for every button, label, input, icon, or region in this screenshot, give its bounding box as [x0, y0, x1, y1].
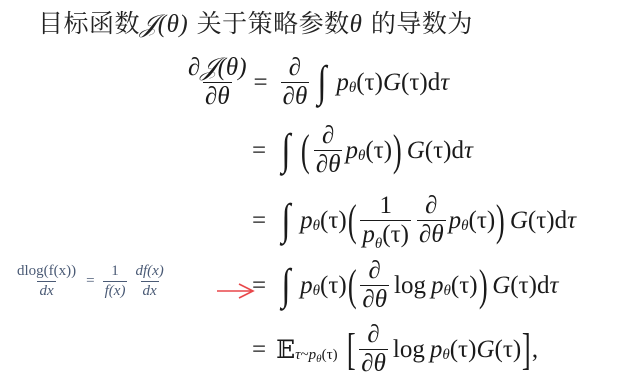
expectation-symbol: 𝔼 — [276, 335, 295, 365]
equals-sign: = — [254, 69, 268, 97]
partial-operator: ∂ ∂θ — [281, 55, 310, 111]
lhs-fraction: ∂𝒥(θ) ∂θ — [186, 55, 249, 111]
integral-sign: ∫ — [282, 198, 291, 242]
partial-operator: ∂ ∂θ — [417, 193, 446, 249]
partial-operator: ∂ ∂θ — [360, 258, 389, 314]
equation-line-1: ∂𝒥(θ) ∂θ = ∂ ∂θ ∫ pθ(τ)G(τ)dτ — [183, 55, 449, 111]
integral-sign: ∫ — [282, 263, 291, 307]
heading-text: 目标函数𝒥(θ) 关于策略参数θ 的导数为 — [38, 4, 473, 40]
log-derivative-annotation: dlog(f(x)) dx = 1 f(x) df(x) dx — [12, 263, 169, 301]
equation-line-4: = ∫ pθ(τ) ( ∂ ∂θ logpθ(τ) ) G(τ)dτ — [250, 258, 558, 314]
reciprocal-fraction: 1 pθ(τ) — [360, 193, 411, 249]
partial-operator: ∂ ∂θ — [359, 322, 388, 378]
objective-symbol: 𝒥(θ) — [140, 11, 188, 38]
equation-line-2: = ∫ ( ∂ ∂θ pθ(τ) ) G(τ)dτ — [250, 123, 473, 179]
equation-line-5: = 𝔼 τ~pθ(τ) [ ∂ ∂θ logpθ(τ)G(τ) ], — [250, 322, 538, 378]
equals-sign: = — [252, 272, 266, 300]
equals-sign: = — [252, 137, 266, 165]
title-prefix: 目标函数 — [38, 9, 140, 38]
title-suffix: 的导数为 — [371, 9, 473, 38]
title-middle: 关于策略参数 — [197, 9, 350, 38]
partial-operator: ∂ ∂θ — [314, 123, 343, 179]
equation-line-3: = ∫ pθ(τ) ( 1 pθ(τ) ∂ ∂θ pθ(τ) ) G(τ)dτ — [250, 193, 576, 249]
equals-sign: = — [252, 207, 266, 235]
equals-sign: = — [252, 336, 266, 364]
integral-sign: ∫ — [282, 128, 291, 172]
theta-symbol: θ — [350, 11, 363, 38]
integral-sign: ∫ — [318, 60, 327, 104]
